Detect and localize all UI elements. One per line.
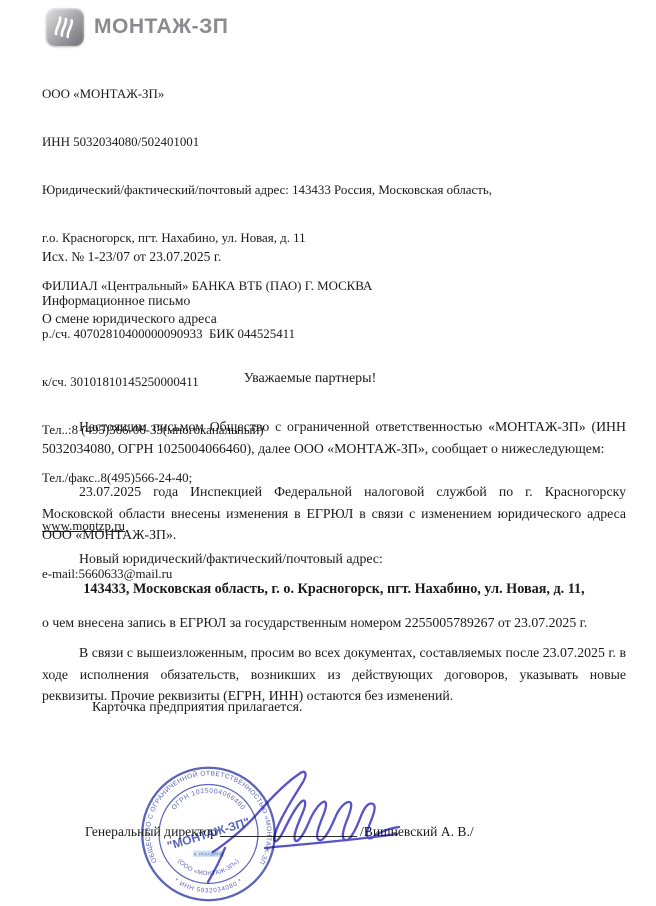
requisite-line: ООО «МОНТАЖ-ЗП» bbox=[42, 86, 492, 102]
requisite-line: Юридический/фактический/почтовый адрес: … bbox=[42, 182, 492, 198]
paragraph-egrul-record: о чем внесена запись в ЕГРЮЛ за государс… bbox=[42, 612, 626, 634]
letter-subject: Информационное письмо О смене юридическо… bbox=[42, 292, 217, 327]
paragraph-egrul-change: 23.07.2025 года Инспекцией Федеральной н… bbox=[42, 481, 626, 546]
requisite-line: р./сч. 40702810400000090933 БИК 04452541… bbox=[42, 326, 492, 342]
paragraph-attachment: Карточка предприятия прилагается. bbox=[42, 696, 626, 718]
requisite-line: г.о. Красногорск, пгт. Нахабино, ул. Нов… bbox=[42, 230, 492, 246]
outgoing-ref-line: Исх. № 1-23/07 от 23.07.2025 г. bbox=[42, 249, 221, 265]
waves-icon bbox=[50, 12, 80, 42]
logo-waves-icon bbox=[46, 8, 84, 46]
scanned-letter-page: МОНТАЖ-ЗП ООО «МОНТАЖ-ЗП» ИНН 5032034080… bbox=[0, 0, 656, 906]
requisite-line: ИНН 5032034080/502401001 bbox=[42, 134, 492, 150]
paragraph-new-address-label: Новый юридический/фактический/почтовый а… bbox=[42, 548, 626, 570]
company-logo: МОНТАЖ-ЗП bbox=[46, 8, 228, 46]
new-address-bold: 143433, Московская область, г. о. Красно… bbox=[42, 581, 626, 598]
signature-ink bbox=[195, 752, 425, 892]
greeting: Уважаемые партнеры! bbox=[0, 371, 620, 387]
subject-line-1: Информационное письмо bbox=[42, 292, 217, 310]
subject-line-2: О смене юридического адреса bbox=[42, 310, 217, 328]
logo-company-name: МОНТАЖ-ЗП bbox=[94, 15, 228, 39]
paragraph-intro: Настоящим письмом Общество с ограниченно… bbox=[42, 416, 626, 459]
